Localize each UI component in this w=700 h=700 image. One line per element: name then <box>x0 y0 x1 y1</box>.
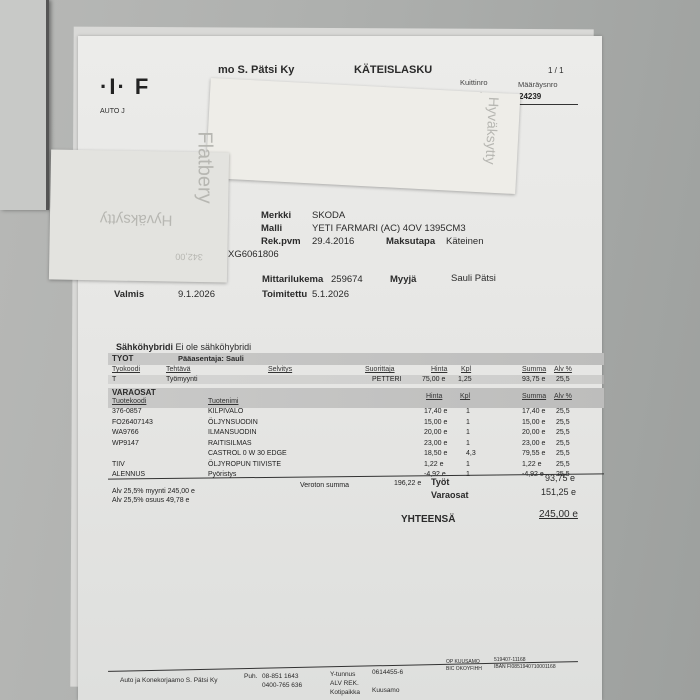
tyot-col-hinta: Hinta <box>431 366 447 373</box>
varaosat-col-hinta: Hinta <box>426 393 442 400</box>
varaosat-row-koodi: FO26407143 <box>112 419 153 426</box>
tyot-title: TYOT <box>112 354 133 363</box>
varaosat-row-alv: 25,5 <box>556 408 570 415</box>
maksutapa-value: Käteinen <box>446 236 484 247</box>
varaosat-row-koodi: ALENNUS <box>112 471 145 478</box>
mittari-value: 259674 <box>331 274 363 285</box>
company-name: mo S. Pätsi Ky <box>218 64 294 76</box>
rekpvm-label: Rek.pvm <box>261 236 301 247</box>
varaosat-row-kpl: 4,3 <box>466 450 476 457</box>
receipt-sticker-top: Hyväksytty <box>206 78 521 194</box>
document-title: KÄTEISLASKU <box>354 64 432 76</box>
alv-myynti: Alv 25,5% myynti 245,00 e <box>112 488 195 495</box>
tyot-col-tehtava: Tehtävä <box>166 366 191 373</box>
varaosat-total-value: 151,25 e <box>541 487 576 497</box>
tyot-row-tehtava: Työmyynti <box>166 376 198 383</box>
varaosat-row-nimi: ILMANSUODIN <box>208 429 257 436</box>
varaosat-row-summa: 23,00 e <box>522 440 545 447</box>
invoice-paper: ·I· F AUTO J mo S. Pätsi Ky KÄTEISLASKU … <box>78 36 602 700</box>
tyot-col-koodi: Tyokoodi <box>112 366 140 373</box>
vin-value: XG6061806 <box>228 249 279 260</box>
veroton-label: Veroton summa <box>300 482 349 489</box>
tyot-row-hinta: 75,00 e <box>422 376 445 383</box>
varaosat-title: VARAOSAT <box>112 388 156 397</box>
varaosat-row-hinta: 18,50 e <box>424 450 447 457</box>
tyot-col-kpl: Kpl <box>461 366 471 373</box>
tyot-col-suorittaja: Suorittaja <box>365 366 395 373</box>
merkki-label: Merkki <box>261 210 291 221</box>
varaosat-row-summa: 79,55 e <box>522 450 545 457</box>
varaosat-row-nimi: ÖLJYNSUODIN <box>208 419 258 426</box>
varaosat-row-hinta: 20,00 e <box>424 429 447 436</box>
tyot-row-summa: 93,75 e <box>522 376 545 383</box>
varaosat-col-nimi: Tuotenimi <box>208 398 238 405</box>
varaosat-row-nimi: ÖLJYROPUN TIIVISTE <box>208 461 281 468</box>
footer-bank: OP KUUSAMO <box>446 659 480 665</box>
malli-label: Malli <box>261 223 282 234</box>
footer-iban: IBAN FI0851940710001168 <box>494 664 556 670</box>
tyot-col-alv: Alv % <box>554 366 572 373</box>
footer-puh2: 0400-765 636 <box>262 682 302 689</box>
tyot-row-alv: 25,5 <box>556 376 570 383</box>
veroton-value: 196,22 e <box>394 480 421 487</box>
varaosat-row-alv: 25,5 <box>556 429 570 436</box>
sticker-approved-text: Hyväksytty <box>483 97 503 165</box>
varaosat-row-koodi: 376-0857 <box>112 408 142 415</box>
varaosat-col-kpl: Kpl <box>460 393 470 400</box>
varaosat-row-summa: 1,22 e <box>522 461 541 468</box>
varaosat-row-summa: 15,00 e <box>522 419 545 426</box>
varaosat-row-kpl: 1 <box>466 440 470 447</box>
company-logo: ·I· F <box>100 74 150 100</box>
varaosat-row-alv: 25,5 <box>556 450 570 457</box>
mittari-label: Mittarilukema <box>262 274 323 285</box>
varaosat-row-kpl: 1 <box>466 419 470 426</box>
footer-ytunnus-label: Y-tunnus <box>330 671 355 678</box>
sticker-side-text: Flatbery <box>193 131 216 203</box>
valmis-value: 9.1.2026 <box>178 289 215 300</box>
varaosat-col-alv: Alv % <box>554 393 572 400</box>
varaosat-row-kpl: 1 <box>466 429 470 436</box>
footer-kotipaikka: Kuusamo <box>372 687 399 694</box>
varaosat-row-koodi: TIIV <box>112 461 125 468</box>
kuittinro-label: Kuittinro <box>460 78 488 87</box>
varaosat-row-koodi: WA9766 <box>112 429 139 436</box>
varaosat-row-alv: 25,5 <box>556 440 570 447</box>
varaosat-row-hinta: 1,22 e <box>424 461 443 468</box>
footer-kotipaikka-label: Kotipaikka <box>330 689 360 696</box>
varaosat-row-koodi: WP9147 <box>112 440 139 447</box>
tyot-total-value: 93,75 e <box>545 473 575 483</box>
footer-company: Auto ja Konekorjaamo S. Pätsi Ky <box>120 677 218 684</box>
maaraysnro-label: Määräysnro <box>518 80 558 89</box>
hybrid-label: Sähköhybridi <box>116 342 173 352</box>
toimitettu-label: Toimitettu <box>262 289 307 300</box>
card-receipt-amount: 342,00 <box>175 252 203 262</box>
tyot-total-label: Työt <box>431 477 449 487</box>
varaosat-row-summa: 20,00 e <box>522 429 545 436</box>
varaosat-row-nimi: RAITISILMAS <box>208 440 252 447</box>
myyja-label: Myyjä <box>390 274 416 285</box>
footer-ytunnus: 0614455-6 <box>372 669 403 676</box>
toimitettu-value: 5.1.2026 <box>312 289 349 300</box>
maksutapa-label: Maksutapa <box>386 236 435 247</box>
footer-puh1: 08-851 1643 <box>262 673 299 680</box>
varaosat-row-hinta: 17,40 e <box>424 408 447 415</box>
footer-alvrek: ALV REK. <box>330 680 359 687</box>
tyot-mechanic: Pääasentaja: Sauli <box>178 354 244 363</box>
myyja-value: Sauli Pätsi <box>451 273 496 284</box>
varaosat-col-summa: Summa <box>522 393 546 400</box>
logo-subtitle: AUTO J <box>100 108 125 115</box>
hybrid-value: Ei ole sähköhybridi <box>176 342 252 352</box>
malli-value: YETI FARMARI (AC) 4OV 1395CM3 <box>312 223 466 234</box>
maaraysnro-value: 24239 <box>519 92 541 101</box>
varaosat-row-nimi: KILPIVALO <box>208 408 243 415</box>
varaosat-row-nimi: CASTROL 0 W 30 EDGE <box>208 450 287 457</box>
yhteensa-value: 245,00 e <box>539 509 578 520</box>
varaosat-row-hinta: 15,00 e <box>424 419 447 426</box>
hybrid-row: Sähköhybridi Ei ole sähköhybridi <box>116 342 251 352</box>
varaosat-row-alv: 25,5 <box>556 461 570 468</box>
merkki-value: SKODA <box>312 210 345 221</box>
tyot-row-koodi: T <box>112 376 116 383</box>
tyot-col-selvitys: Selvitys <box>268 366 292 373</box>
varaosat-col-koodi: Tuotekoodi <box>112 398 146 405</box>
varaosat-row-summa: 17,40 e <box>522 408 545 415</box>
varaosat-row-kpl: 1 <box>466 408 470 415</box>
alv-osuus: Alv 25,5% osuus 49,78 e <box>112 497 189 504</box>
footer-puh-label: Puh. <box>244 673 257 680</box>
background-paper-sheet <box>0 0 49 210</box>
varaosat-row-kpl: 1 <box>466 461 470 468</box>
footer-account: 519407-11168 <box>494 657 526 663</box>
tyot-row-kpl: 1,25 <box>458 376 472 383</box>
varaosat-row-hinta: 23,00 e <box>424 440 447 447</box>
yhteensa-label: YHTEENSÄ <box>401 514 455 525</box>
tyot-row-suorittaja: PETTERI <box>372 376 402 383</box>
varaosat-total-label: Varaosat <box>431 490 469 500</box>
rekpvm-value: 29.4.2016 <box>312 236 354 247</box>
tyot-col-summa: Summa <box>522 366 546 373</box>
valmis-label: Valmis <box>114 289 144 300</box>
footer-bic: BIC OKOYFIHH <box>446 666 482 672</box>
page-number: 1 / 1 <box>548 66 564 75</box>
card-receipt-approved: Hyväksytty <box>100 210 173 228</box>
varaosat-row-alv: 25,5 <box>556 419 570 426</box>
